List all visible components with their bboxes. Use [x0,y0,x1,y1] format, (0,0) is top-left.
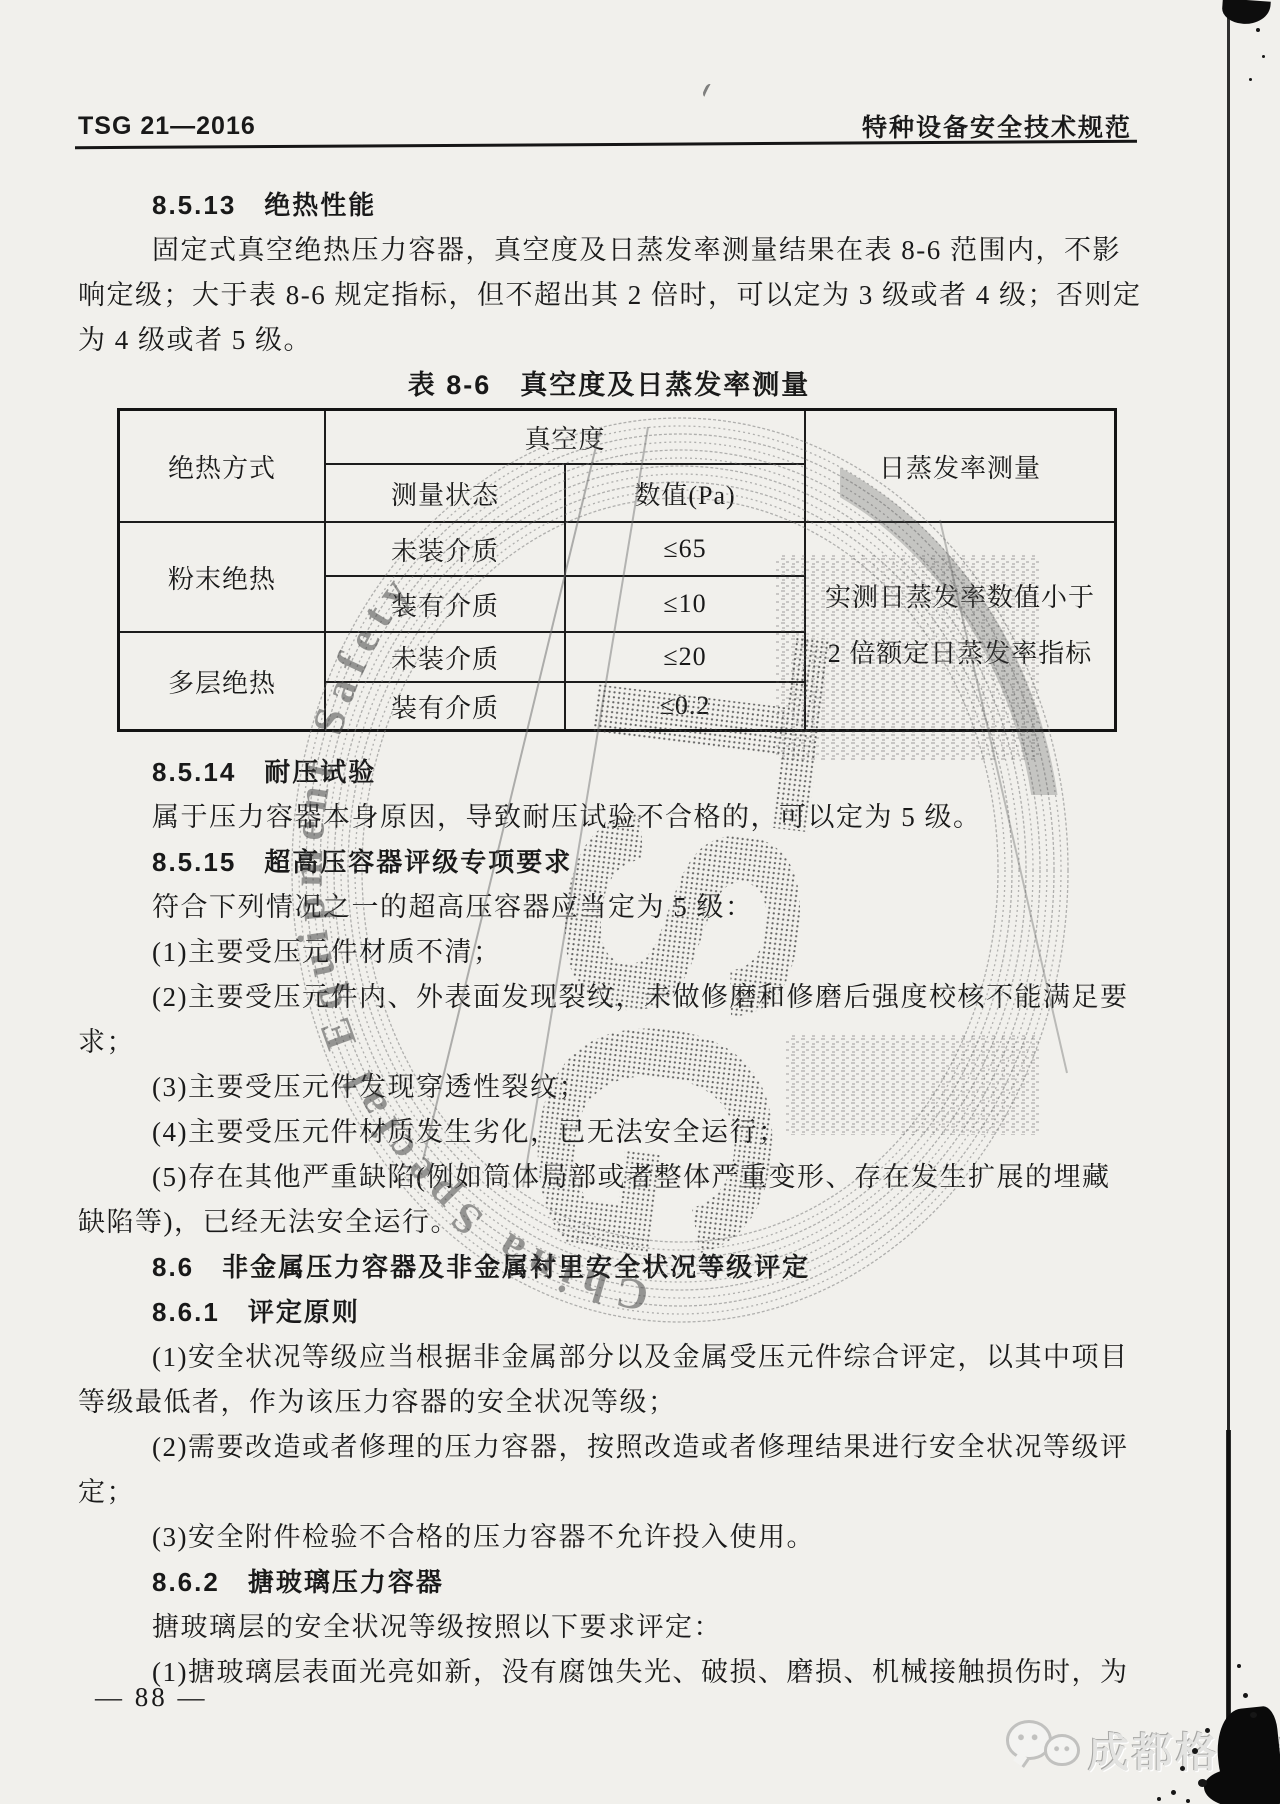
wechat-icon [1004,1716,1086,1774]
scan-artifact-line [1226,1430,1231,1730]
chat-bubble-small [1044,1734,1080,1766]
paragraph-line: 固定式真空绝热压力容器，真空度及日蒸发率测量结果在表 8-6 范围内，不影 [78,228,1140,273]
ink-dot [1198,1779,1207,1787]
list-item: (2)需要改造或者修理的压力容器，按照改造或者修理结果进行安全状况等级评 [78,1425,1140,1470]
table-cell-method: 粉末绝热 [119,522,326,632]
list-item: (2)主要受压元件内、外表面发现裂纹，未做修磨和修磨后强度校核不能满足要 [78,975,1140,1020]
paragraph-line: 响定级；大于表 8-6 规定指标，但不超出其 2 倍时，可以定为 3 级或者 4… [78,273,1140,318]
paragraph-line: 为 4 级或者 5 级。 [78,318,1140,363]
paragraph-line: 缺陷等)，已经无法安全运行。 [78,1200,1140,1245]
table-cell-method: 多层绝热 [119,632,326,731]
list-item: (5)存在其他严重缺陷(例如筒体局部或者整体严重变形、存在发生扩展的埋藏 [78,1155,1140,1200]
paragraph-line: 等级最低者，作为该压力容器的安全状况等级； [78,1380,1140,1425]
ink-dot [1243,1693,1248,1698]
col-header-daily-evaporation: 日蒸发率测量 [805,410,1116,523]
ink-dot [1250,1712,1257,1718]
table-cell-value: ≤20 [565,632,805,682]
vacuum-evaporation-table: 绝热方式 真空度 日蒸发率测量 测量状态 数值(Pa) 粉末绝热 未装介质 ≤6… [117,408,1117,732]
ink-dot [1171,1790,1176,1795]
section-title: 8.6 非金属压力容器及非金属衬里安全状况等级评定 [78,1245,1140,1290]
doc-title: 特种设备安全技术规范 [862,108,1132,144]
header-rule [75,140,1137,149]
col-header-measure-state: 测量状态 [325,464,565,522]
section-title: 8.6.1 评定原则 [78,1290,1140,1335]
section-title: 8.5.13 绝热性能 [78,183,1140,228]
scan-artifact-blob [1204,1768,1280,1804]
ink-dot [1180,1766,1185,1771]
ink-dot [1237,1664,1241,1668]
col-header-insulation-method: 绝热方式 [119,410,326,523]
list-item: (3)安全附件检验不合格的压力容器不允许投入使用。 [78,1515,1140,1560]
paragraph-line: 求； [78,1020,1140,1065]
ink-dot [1249,78,1252,81]
ink-dot [1205,1728,1210,1733]
ink-dot [1157,1797,1161,1801]
table-cell-state: 未装介质 [325,632,565,682]
table-cell-evap-note: 实测日蒸发率数值小于 2 倍额定日蒸发率指标 [805,522,1116,731]
document-body: 8.5.14 耐压试验 属于压力容器本身原因，导致耐压试验不合格的，可以定为 5… [78,750,1140,1695]
paragraph-line: 定； [78,1470,1140,1515]
paragraph-line: 符合下列情况之一的超高压容器应当定为 5 级： [78,885,1140,930]
col-header-vacuum-degree: 真空度 [325,410,805,465]
table-cell-value: ≤65 [565,522,805,576]
table-cell-value: ≤0.2 [565,682,805,731]
list-item: (3)主要受压元件发现穿透性裂纹； [78,1065,1140,1110]
col-header-value-pa: 数值(Pa) [565,464,805,522]
scanned-document-page: TSG 21—2016 特种设备安全技术规范 8.5.13 绝热性能 固定式真空… [0,0,1280,1804]
evap-note-line: 实测日蒸发率数值小于 [806,570,1114,626]
evap-note-line: 2 倍额定日蒸发率指标 [806,626,1114,682]
list-item: (1)安全状况等级应当根据非金属部分以及金属受压元件综合评定，以其中项目 [78,1335,1140,1380]
section-title: 8.5.15 超高压容器评级专项要求 [78,840,1140,885]
table-cell-state: 装有介质 [325,576,565,632]
table-cell-state: 装有介质 [325,682,565,731]
paragraph-line: 属于压力容器本身原因，导致耐压试验不合格的，可以定为 5 级。 [78,795,1140,840]
table-cell-value: ≤10 [565,576,805,632]
ink-dot [1186,1799,1190,1803]
ink-dot [1192,1748,1198,1754]
table-cell-state: 未装介质 [325,522,565,576]
list-item: (4)主要受压元件材质发生劣化，已无法安全运行； [78,1110,1140,1155]
list-item: (1)搪玻璃层表面光亮如新，没有腐蚀失光、破损、磨损、机械接触损伤时，为 [78,1650,1140,1695]
table-caption: 表 8-6 真空度及日蒸发率测量 [78,364,1140,406]
page-number: — 88 — [95,1682,208,1713]
paragraph-line: 搪玻璃层的安全状况等级按照以下要求评定： [78,1605,1140,1650]
section-title: 8.5.14 耐压试验 [78,750,1140,795]
section-title: 8.6.2 搪玻璃压力容器 [78,1560,1140,1605]
doc-code: TSG 21—2016 [78,112,256,141]
ink-dot [1262,55,1265,58]
section-8513: 8.5.13 绝热性能 固定式真空绝热压力容器，真空度及日蒸发率测量结果在表 8… [78,183,1140,363]
list-item: (1)主要受压元件材质不清； [78,930,1140,975]
ink-dot [1256,28,1260,32]
scan-speck [701,83,715,100]
